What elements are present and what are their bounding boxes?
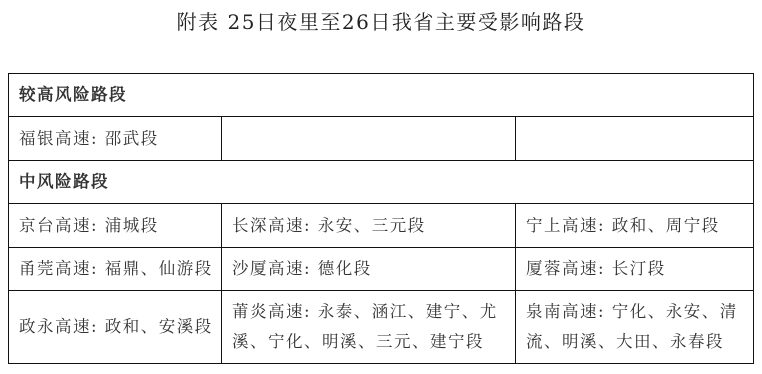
table-row: 京台高速: 浦城段 长深高速: 永安、三元段 宁上高速: 政和、周宁段 — [9, 204, 754, 248]
section-header-row: 较高风险路段 — [9, 74, 754, 117]
route-cell — [516, 117, 754, 161]
route-cell: 长深高速: 永安、三元段 — [222, 204, 516, 248]
route-cell: 京台高速: 浦城段 — [9, 204, 222, 248]
table-row: 福银高速: 邵武段 — [9, 117, 754, 161]
section-heading-medium-risk: 中风险路段 — [9, 161, 754, 204]
table-row: 政永高速: 政和、安溪段 莆炎高速: 永泰、涵江、建宁、尤溪、宁化、明溪、三元、… — [9, 291, 754, 364]
affected-routes-table: 较高风险路段 福银高速: 邵武段 中风险路段 京台高速: 浦城段 长深高速: 永… — [8, 73, 754, 364]
route-cell: 厦蓉高速: 长汀段 — [516, 248, 754, 291]
section-header-row: 中风险路段 — [9, 161, 754, 204]
section-heading-high-risk: 较高风险路段 — [9, 74, 754, 117]
route-cell: 宁上高速: 政和、周宁段 — [516, 204, 754, 248]
route-cell: 沙厦高速: 德化段 — [222, 248, 516, 291]
table-row: 甬莞高速: 福鼎、仙游段 沙厦高速: 德化段 厦蓉高速: 长汀段 — [9, 248, 754, 291]
route-cell: 莆炎高速: 永泰、涵江、建宁、尤溪、宁化、明溪、三元、建宁段 — [222, 291, 516, 364]
route-cell: 福银高速: 邵武段 — [9, 117, 222, 161]
route-cell — [222, 117, 516, 161]
route-cell: 政永高速: 政和、安溪段 — [9, 291, 222, 364]
route-cell: 甬莞高速: 福鼎、仙游段 — [9, 248, 222, 291]
table-title: 附表 25日夜里至26日我省主要受影响路段 — [0, 6, 762, 35]
route-cell: 泉南高速: 宁化、永安、清流、明溪、大田、永春段 — [516, 291, 754, 364]
